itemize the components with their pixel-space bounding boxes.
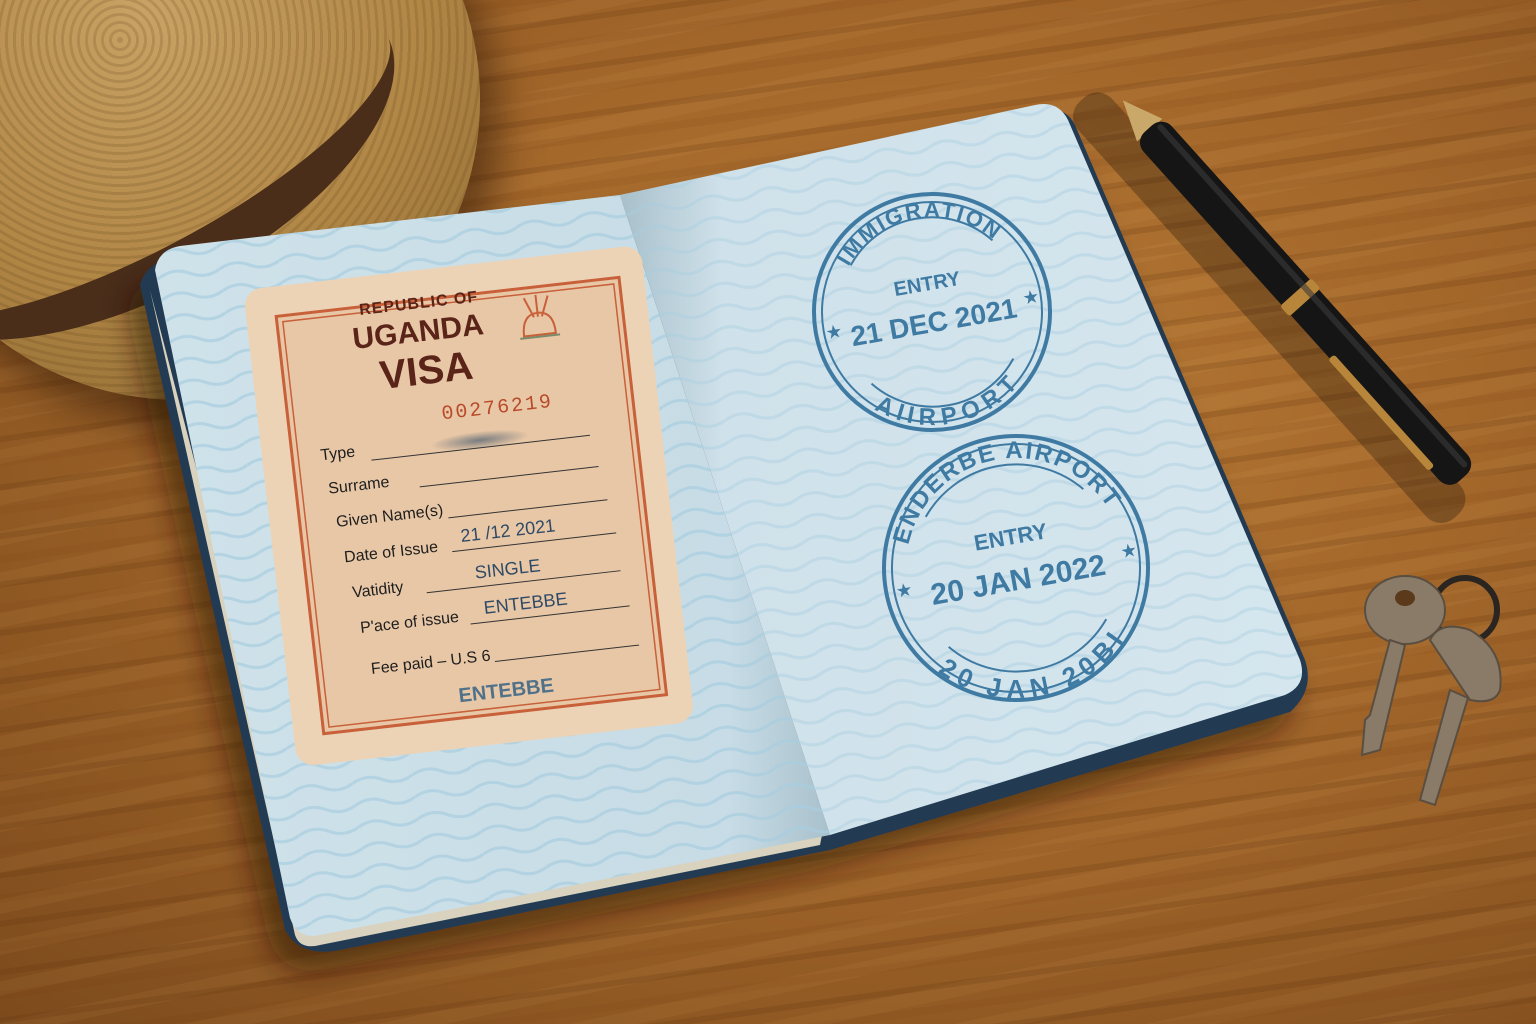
keys	[0, 0, 1536, 1024]
